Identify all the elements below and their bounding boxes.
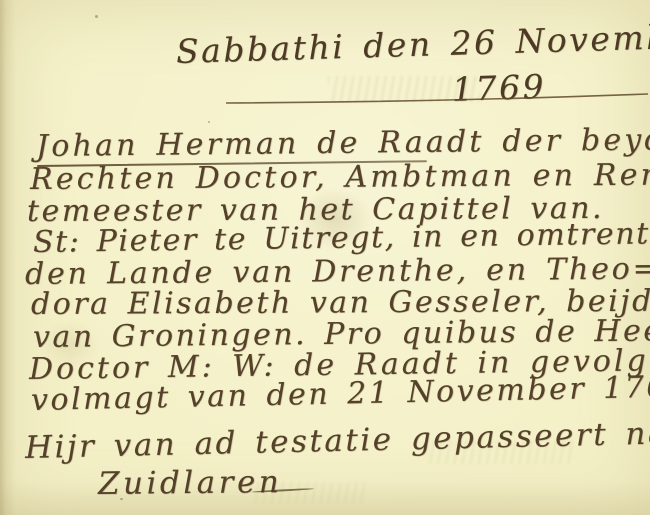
line-remainder: der beyde [484, 122, 650, 159]
underlined-name: Johan Herman de Raadt [36, 124, 485, 164]
attestation-place: Zuidlaren [98, 465, 283, 501]
heading-date: Sabbathi den 26 November [175, 18, 650, 70]
paper-speck [208, 121, 210, 123]
manuscript-line-name: Johan Herman de Raadt der beyde [36, 123, 650, 163]
paper-speck [95, 15, 98, 18]
heading-rule [224, 90, 650, 106]
manuscript-page: Sabbathi den 26 November 1769 Johan Herm… [0, 0, 650, 515]
